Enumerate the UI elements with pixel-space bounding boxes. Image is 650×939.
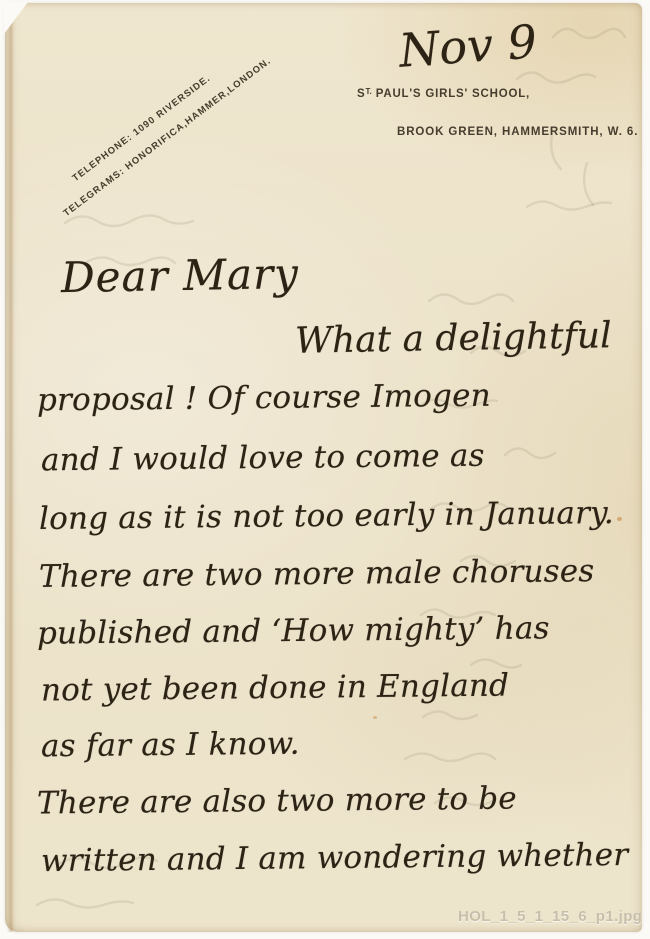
handwritten-line: not yet been done in England [41,671,509,707]
handwritten-line-opening: What a delightful [295,318,612,360]
letterhead-telephone-line: TELEPHONE: 1090 RIVERSIDE. [70,73,212,184]
handwritten-line: and I would love to come as [41,441,485,477]
letterhead-school-name: ST. PAUL'S GIRLS' SCHOOL, [357,87,530,100]
school-name-rest: PAUL'S GIRLS' SCHOOL, [376,88,530,100]
letterhead-telegrams-line: TELEGRAMS: HONORIFICA,HAMMER,LONDON. [61,56,273,219]
handwritten-line: long as it is not too early in January. [39,498,614,535]
handwritten-line: published and ‘How mighty’ has [37,613,550,649]
handwritten-date: Nov 9 [398,18,539,74]
filename-watermark: HOL_1_5_1_15_6_p1.jpg [458,908,642,925]
handwritten-line: as far as I know. [41,729,300,763]
handwritten-line: There are also two more to be [37,783,517,819]
salutation-line: Dear Mary [61,253,300,299]
paper-fold-crease [7,3,16,932]
handwritten-line: There are two more male choruses [39,556,595,593]
handwritten-line: proposal ! Of course Imogen [37,381,491,417]
letterhead-address-line: BROOK GREEN, HAMMERSMITH, W. 6. [397,126,638,138]
paper-sheet: TELEPHONE: 1090 RIVERSIDE. TELEGRAMS: HO… [5,3,642,932]
handwritten-line: written and I am wondering whether [41,840,629,877]
rust-speck [617,517,622,521]
school-name-superscript: T. [365,87,371,96]
letter-scan-page: TELEPHONE: 1090 RIVERSIDE. TELEGRAMS: HO… [0,0,650,939]
rust-speck [373,716,377,719]
